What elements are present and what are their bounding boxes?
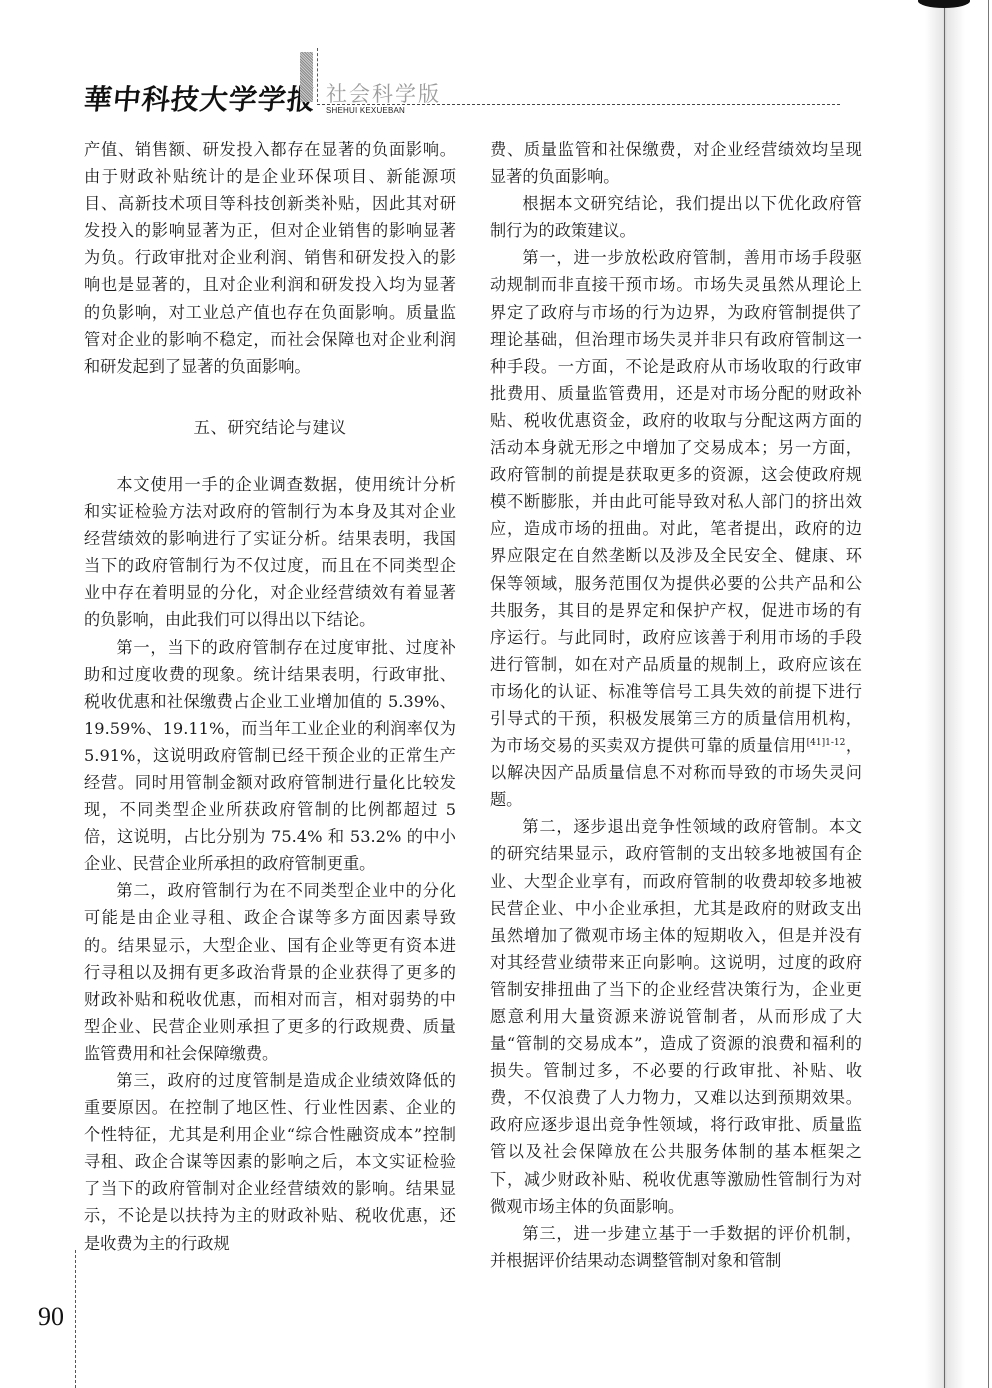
paragraph: 第二，逐步退出竞争性领域的政府管制。本文的研究结果显示，政府管制的支出较多地被国… [490,813,862,1219]
masthead-vertical-rule [317,48,318,102]
book-gutter-shadow [925,0,965,1388]
paragraph: 根据本文研究结论，我们提出以下优化政府管制行为的政策建议。 [490,190,862,244]
paragraph: 第三，进一步建立基于一手数据的评价机制，并根据评价结果动态调整管制对象和管制 [490,1220,862,1274]
section-heading: 五、研究结论与建议 [84,414,456,441]
edition-title-pinyin: SHEHUI KEXUEBAN [326,106,405,115]
paragraph: 第一，进一步放松政府管制，善用市场手段驱动规制而非直接干预市场。市场失灵虽然从理… [490,244,862,813]
book-gutter-line [944,0,945,1388]
paragraph: 产值、销售额、研发投入都存在显著的负面影响。由于财政补贴统计的是企业环保项目、新… [84,136,456,380]
paragraph: 第一，当下的政府管制存在过度审批、过度补助和过度收费的现象。统计结果表明，行政审… [84,634,456,878]
footer-vertical-rule [75,1250,76,1388]
paragraph-text: 第一，进一步放松政府管制，善用市场手段驱动规制而非直接干预市场。市场失灵虽然从理… [490,248,862,755]
right-column: 费、质量监管和社保缴费，对企业经营绩效均呈现显著的负面影响。 根据本文研究结论，… [490,136,862,1274]
paragraph: 费、质量监管和社保缴费，对企业经营绩效均呈现显著的负面影响。 [490,136,862,190]
masthead-horizontal-rule [317,104,840,105]
paragraph: 第二，政府管制行为在不同类型企业中的分化可能是由企业寻租、政企合谋等多方面因素导… [84,877,456,1067]
page-number: 90 [38,1302,64,1332]
page-edge-line [988,0,989,1388]
left-column: 产值、销售额、研发投入都存在显著的负面影响。由于财政补贴统计的是企业环保项目、新… [84,136,456,1257]
paragraph: 本文使用一手的企业调查数据，使用统计分析和实证检验方法对政府的管制行为本身及其对… [84,471,456,634]
paragraph: 第三，政府的过度管制是造成企业绩效降低的重要原因。在控制了地区性、行业性因素、企… [84,1067,456,1257]
citation-reference: [41]1-12 [807,738,846,748]
masthead-decorative-block [300,52,313,102]
journal-title: 華中科技大学学报 [82,78,318,118]
